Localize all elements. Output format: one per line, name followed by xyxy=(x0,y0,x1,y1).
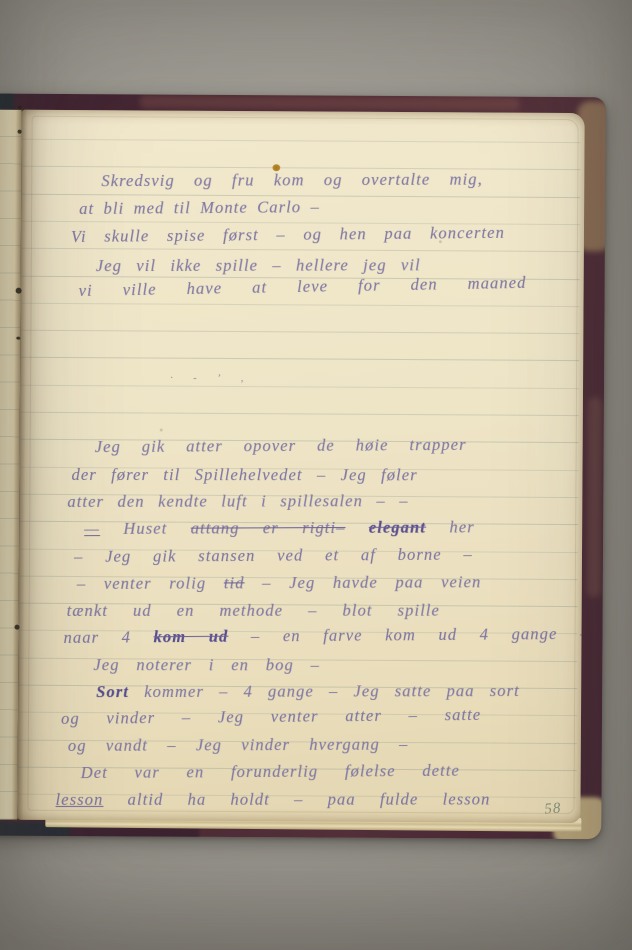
handwriting-segment: at bli med til Monte Carlo – xyxy=(79,197,320,218)
cover-wear-top xyxy=(140,95,520,110)
page-number: 58 xyxy=(544,800,562,818)
handwriting-line: naar 4 kom ud – en farve kom ud 4 gange … xyxy=(63,624,584,648)
handwriting-segment: Vi skulle spise først – og hen paa konce… xyxy=(71,223,505,246)
handwriting-line: Jeg gik atter opover de høie trapper xyxy=(95,435,467,457)
handwriting-line: Det var en forunderlig følelse dette xyxy=(81,761,460,783)
cover-edge-dark-bottom xyxy=(69,827,199,839)
handwriting-segment: Skredsvig og fru kom og overtalte mig, xyxy=(101,170,483,191)
handwriting-segment: vi ville have at leve for den maaned xyxy=(78,273,526,300)
handwriting-segment: naar 4 xyxy=(63,627,131,647)
handwriting-segment: Jeg vil ikke spille – hellere jeg vil xyxy=(96,255,421,275)
handwriting-segment: – en farve kom ud 4 gange – xyxy=(251,624,585,646)
handwriting-segment-struck: kom ud xyxy=(153,627,228,647)
stitch-hole xyxy=(16,288,22,294)
notebook: Skredsvig og fru kom og overtalte mig, a… xyxy=(0,94,606,840)
photo-scene: Skredsvig og fru kom og overtalte mig, a… xyxy=(0,0,632,950)
cover-corner-dark-top-left xyxy=(0,94,14,110)
handwriting-line: vi ville have at leve for den maaned xyxy=(78,273,526,301)
handwriting-segment: – Jeg gik stansen ved et af borne – xyxy=(74,545,473,566)
handwriting-segment: tænkt ud en methode – blot spille xyxy=(67,601,440,620)
stitch-hole xyxy=(18,130,22,134)
pen-marks: · ‑ ʼ , xyxy=(170,373,252,385)
handwriting-segment: · ‑ ʼ , xyxy=(170,373,252,385)
handwriting-line: der fører til Spillehelvedet – Jeg føler xyxy=(71,465,417,485)
handwriting-segment-struck: elegant xyxy=(369,518,426,537)
handwriting-line: og vinder – Jeg venter atter – satte xyxy=(61,705,481,729)
handwriting-line: – Jeg gik stansen ved et af borne – xyxy=(74,545,473,567)
handwriting-line: at bli med til Monte Carlo – xyxy=(79,197,320,219)
handwriting-line: – venter rolig tid – Jeg havde paa veien xyxy=(77,572,482,594)
handwriting-segment: Huset xyxy=(123,519,167,538)
handwriting-line: tænkt ud en methode – blot spille xyxy=(67,601,440,621)
stitch-hole xyxy=(15,625,20,630)
handwriting-line: atter den kendte luft i spillesalen – – xyxy=(67,491,408,512)
handwriting-segment: kommer – 4 gange – Jeg satte paa sort xyxy=(144,681,520,701)
handwriting-segment: Sort xyxy=(96,682,129,701)
handwriting-segment-struck: tid xyxy=(224,573,245,592)
cover-wear-right xyxy=(587,397,602,597)
handwriting-segment: altid ha holdt – paa fulde lesson xyxy=(128,790,491,809)
handwriting-segment: og vandt – Jeg vinder hvergang – xyxy=(68,735,409,755)
handwriting-line: — Huset attang er rigti– elegant her xyxy=(84,517,475,539)
handwriting-line: Vi skulle spise først – og hen paa konce… xyxy=(71,223,505,247)
handwriting-segment: – venter rolig xyxy=(77,573,206,593)
stitch-hole xyxy=(16,337,20,340)
handwriting-segment: her xyxy=(449,517,474,536)
stitch-hole xyxy=(18,106,22,110)
handwriting-segment: der fører til Spillehelvedet – Jeg føler xyxy=(71,465,417,484)
handwriting-line: og vandt – Jeg vinder hvergang – xyxy=(68,735,409,756)
notebook-page: Skredsvig og fru kom og overtalte mig, a… xyxy=(17,110,584,823)
handwriting-segment: – Jeg havde paa veien xyxy=(262,572,481,592)
handwriting-segment: Jeg gik atter opover de høie trapper xyxy=(95,435,467,456)
handwriting-line: lesson altid ha holdt – paa fulde lesson xyxy=(55,790,490,810)
handwriting-line: Skredsvig og fru kom og overtalte mig, xyxy=(101,170,483,192)
handwriting-segment-struck: attang er rigti– xyxy=(191,518,346,538)
handwriting-segment: — xyxy=(84,519,100,538)
handwriting-segment: lesson xyxy=(55,790,103,809)
handwriting: Skredsvig og fru kom og overtalte mig, a… xyxy=(17,110,584,823)
handwriting-line: Jeg noterer i en bog – xyxy=(93,655,320,675)
handwriting-segment: atter den kendte luft i spillesalen – – xyxy=(67,491,408,511)
handwriting-segment: Jeg noterer i en bog – xyxy=(93,655,320,674)
handwriting-segment: Det var en forunderlig følelse dette xyxy=(81,761,460,782)
handwriting-segment: og vinder – Jeg venter atter – satte xyxy=(61,705,481,728)
handwriting-line: Jeg vil ikke spille – hellere jeg vil xyxy=(96,255,421,276)
handwriting-line: Sort kommer – 4 gange – Jeg satte paa so… xyxy=(96,681,520,702)
